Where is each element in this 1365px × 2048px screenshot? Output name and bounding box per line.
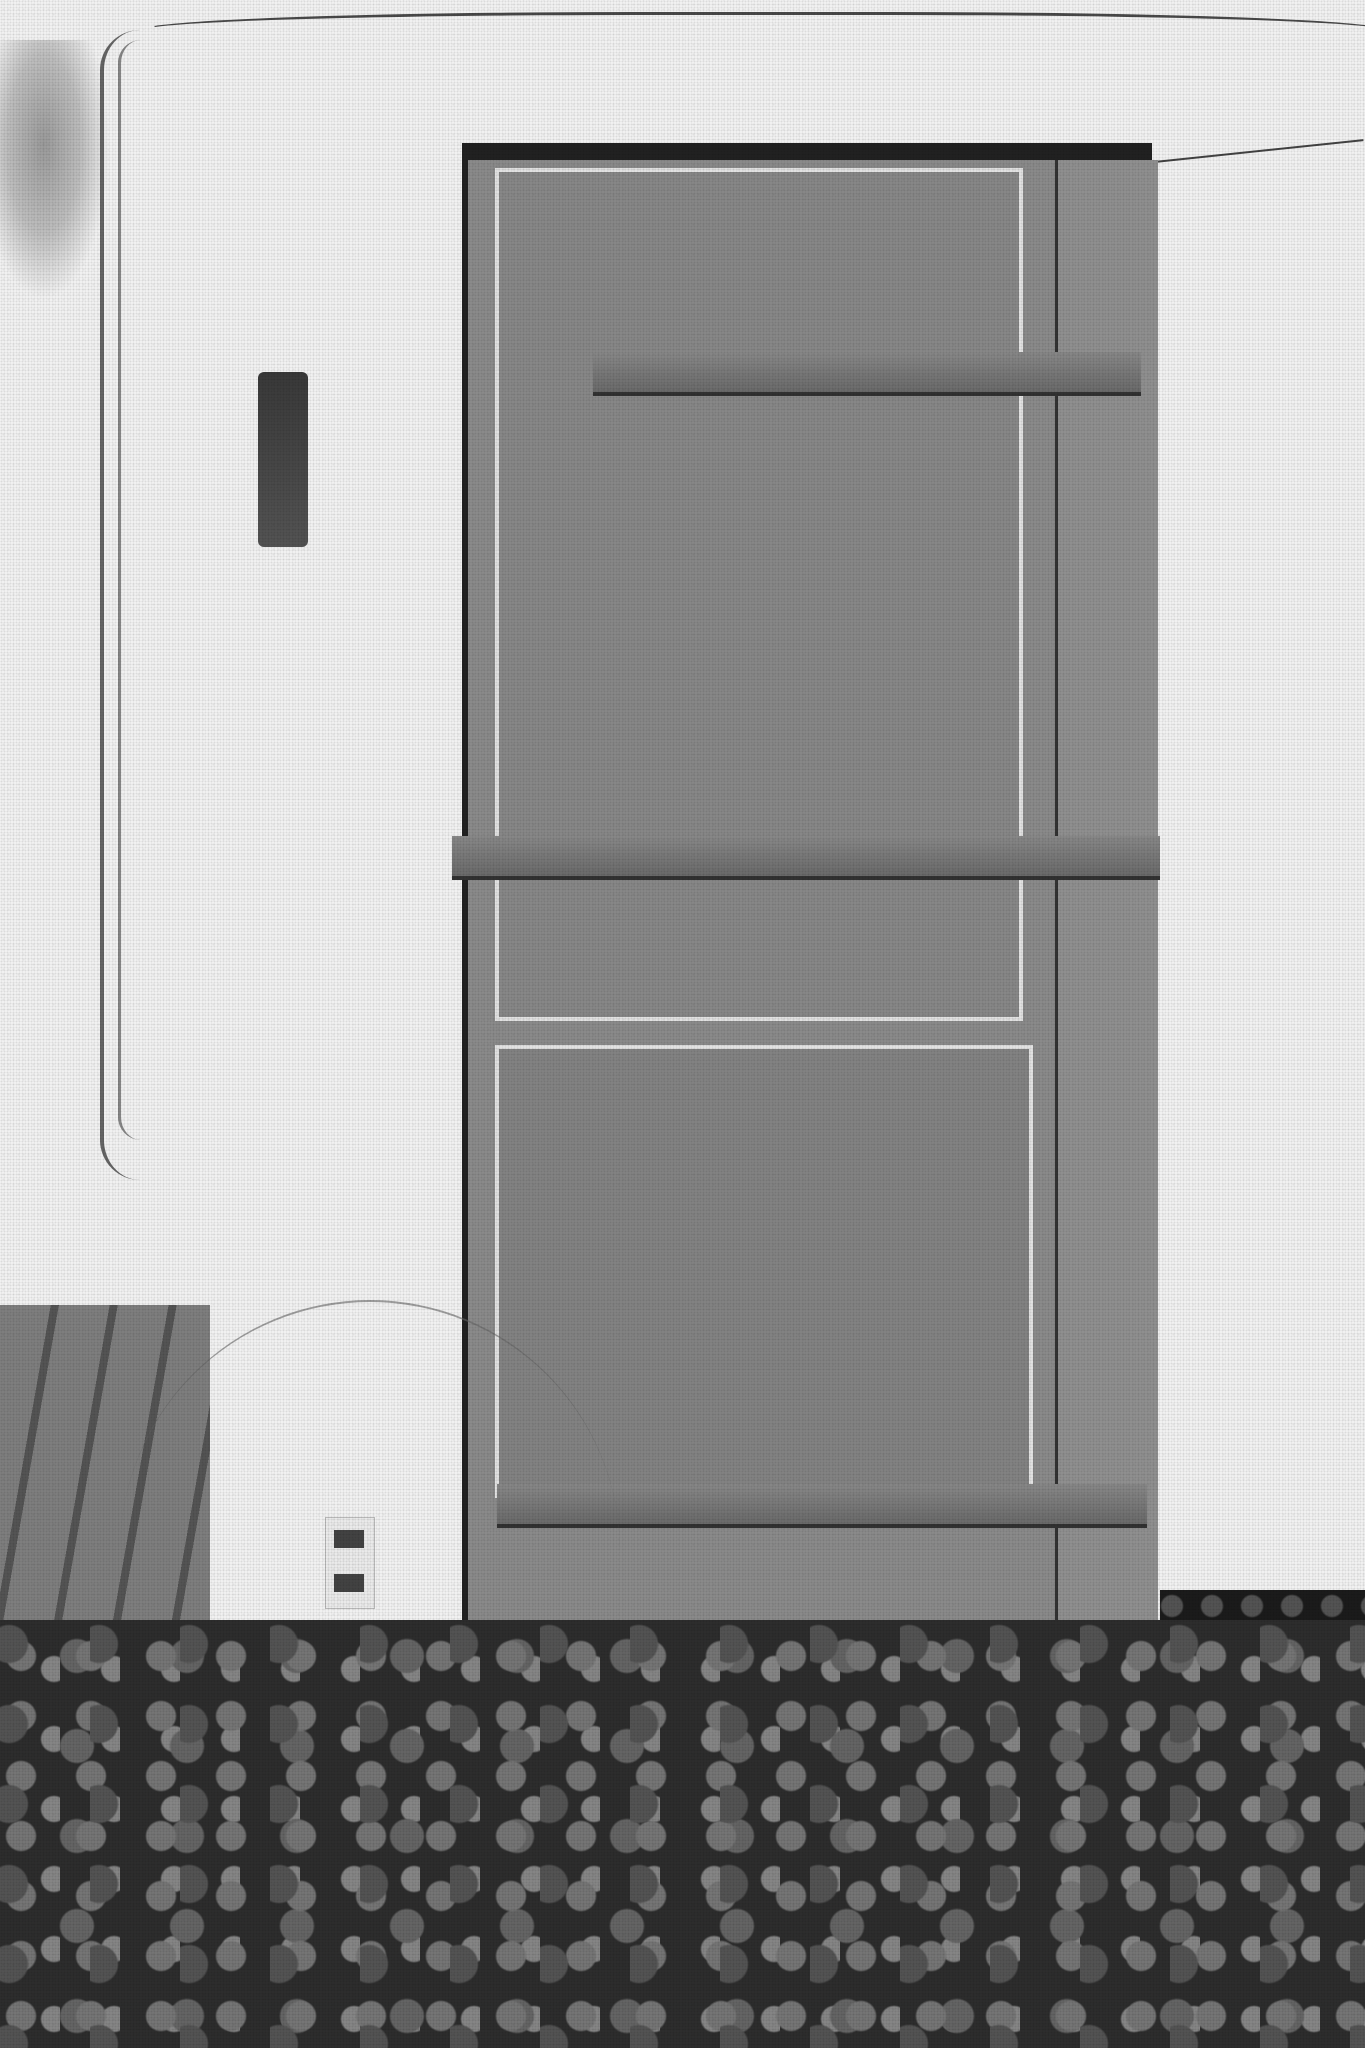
photo-scene [0, 0, 1365, 2048]
ivy-leaf [0, 40, 110, 300]
ground-foliage [0, 1620, 1365, 2048]
door-panel-upper [495, 168, 1023, 1021]
door-stile [1055, 160, 1158, 1815]
hanging-cable-2 [118, 40, 141, 1140]
wall-hook [258, 372, 308, 547]
batten-top [593, 352, 1141, 396]
overhead-cable [140, 12, 1365, 58]
batten-middle [452, 836, 1160, 880]
wall-crack [1154, 139, 1365, 183]
